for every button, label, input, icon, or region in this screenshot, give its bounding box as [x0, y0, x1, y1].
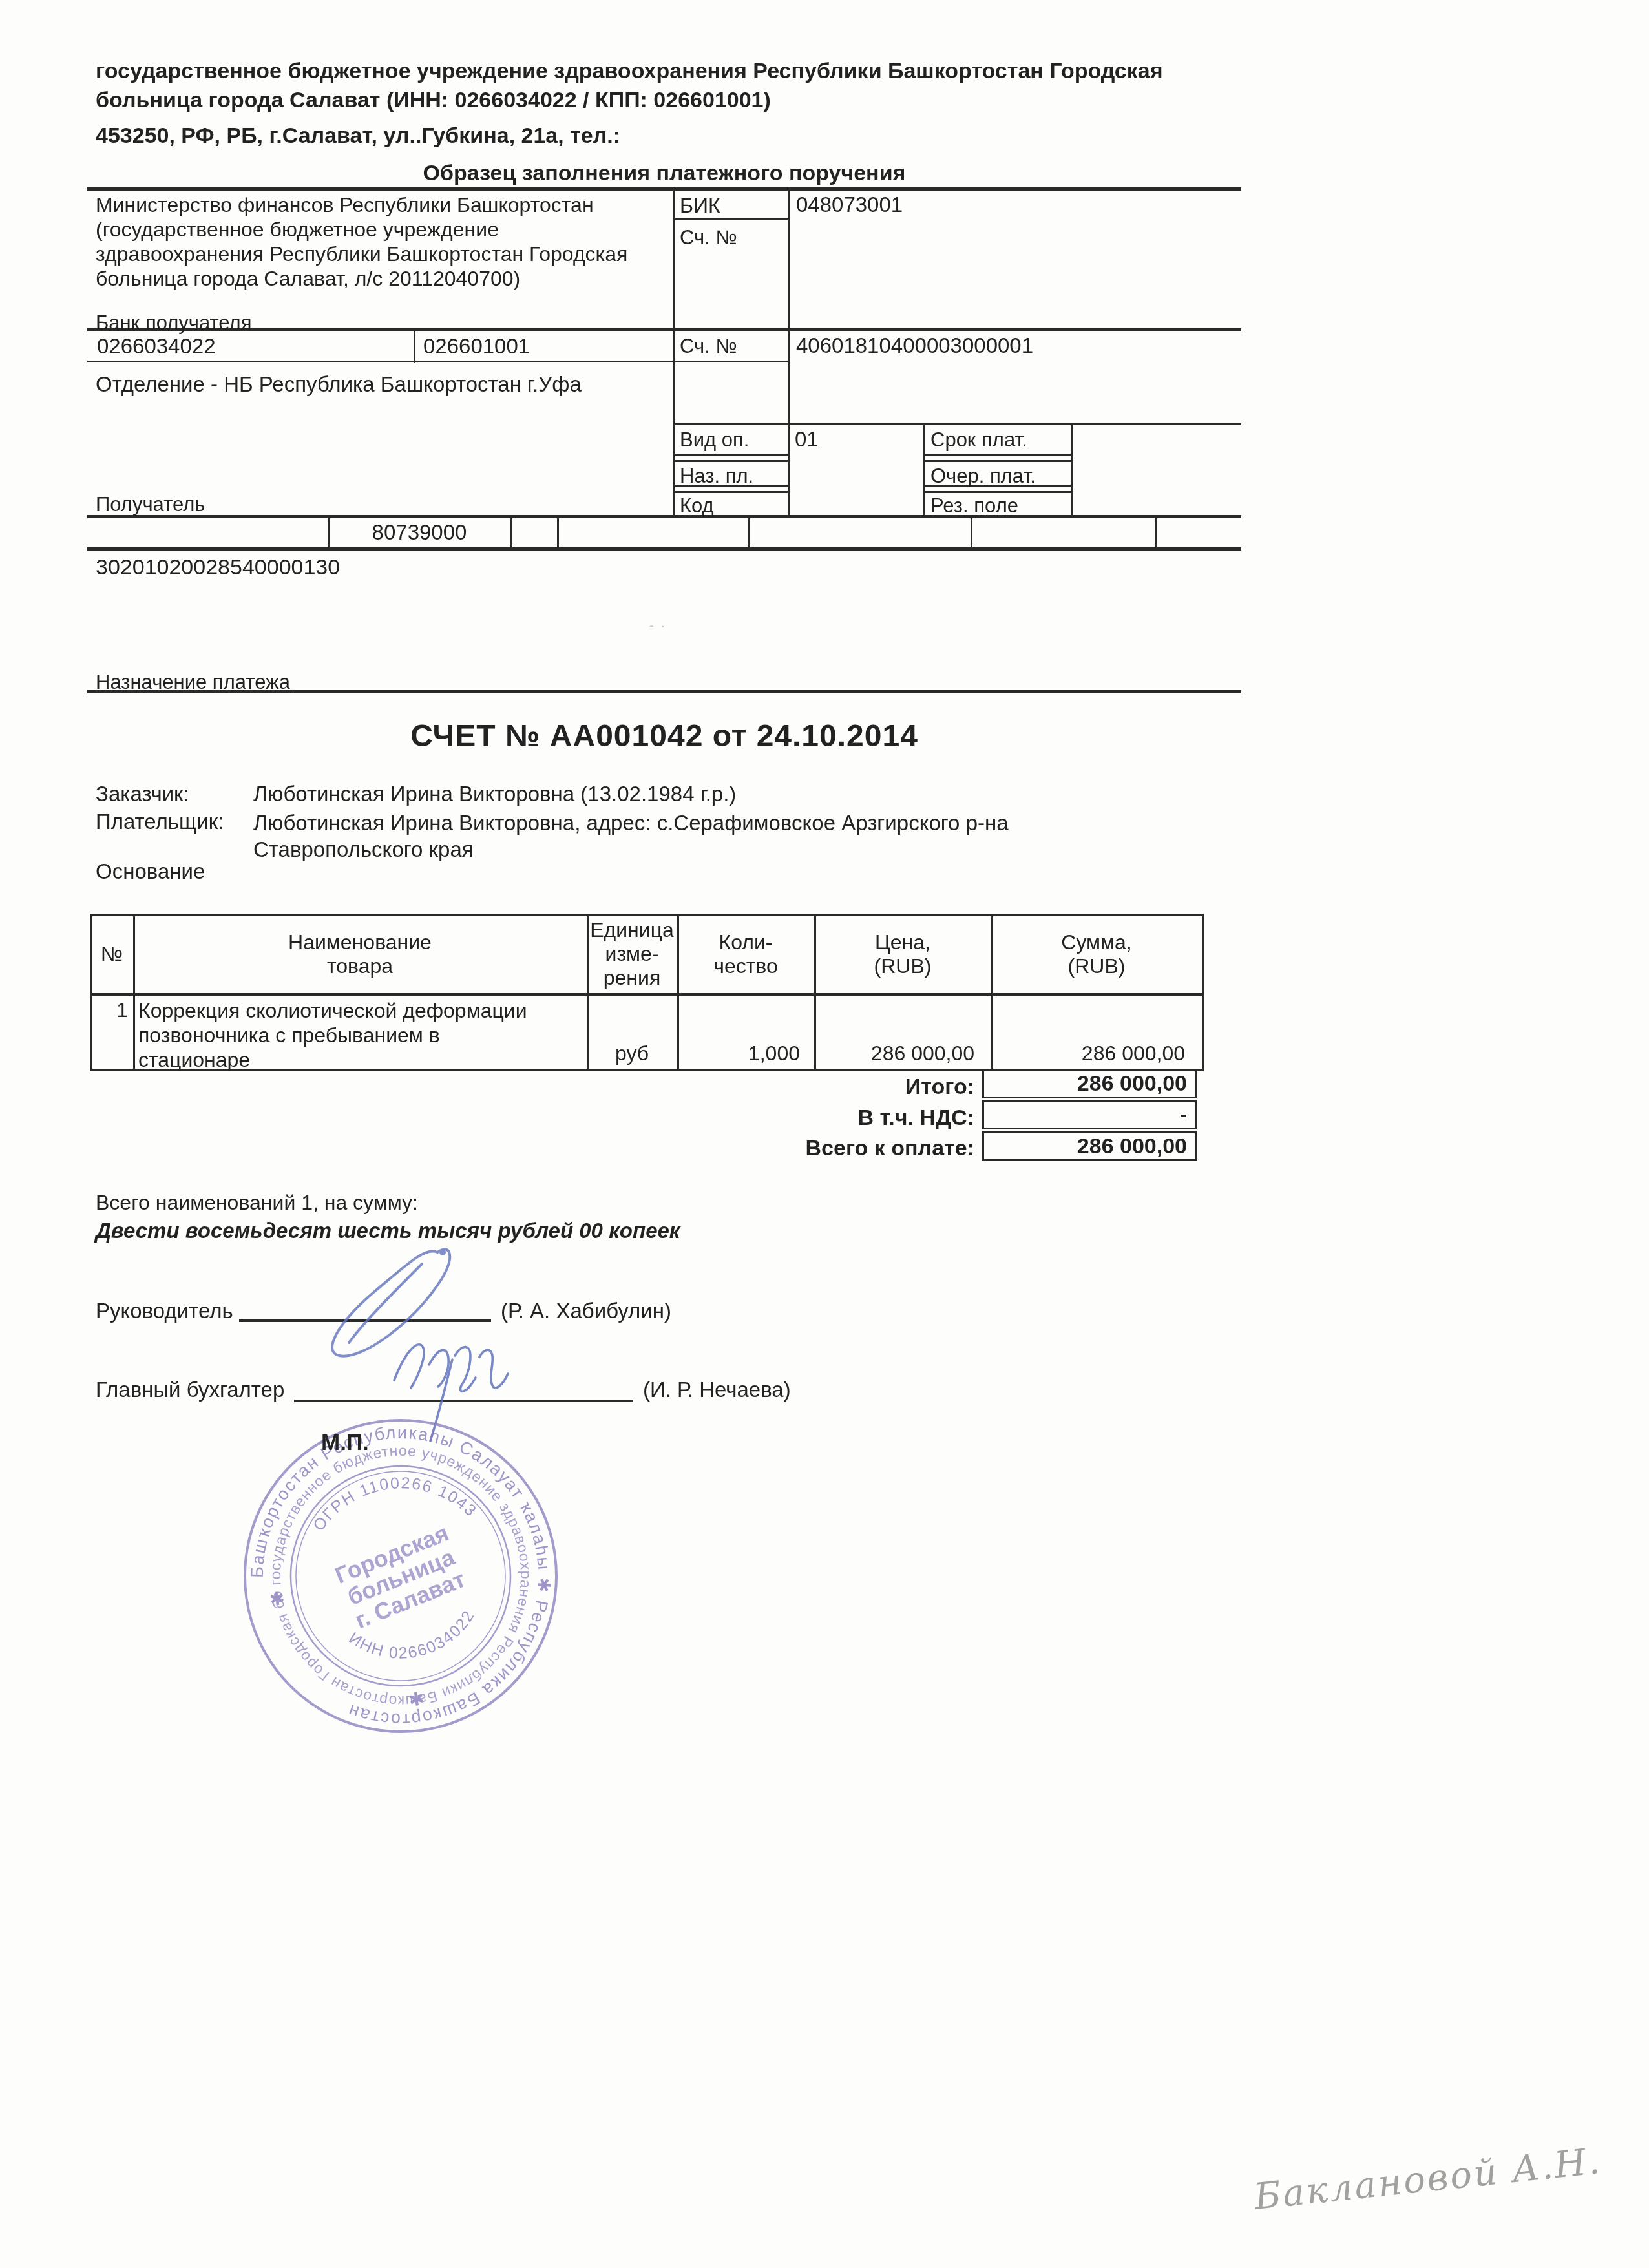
table-border	[788, 187, 790, 517]
accountant-name: (И. Р. Нечаева)	[643, 1378, 791, 1403]
table-border	[87, 515, 1241, 518]
corr-account-value: 30201020028540000130	[96, 554, 340, 580]
account1-label: Сч. №	[680, 226, 737, 250]
purpose-underline	[87, 690, 1241, 693]
scan-artifact: - ·	[649, 619, 665, 634]
account2-value: 40601810400003000001	[796, 333, 1033, 359]
due-label: Всего к оплате:	[646, 1135, 974, 1161]
col-header-price: Цена, (RUB)	[814, 930, 991, 978]
scanned-invoice-page: государственное бюджетное учреждение здр…	[0, 0, 1649, 2268]
table-border	[673, 460, 790, 462]
table-border	[673, 454, 790, 456]
invoice-title: СЧЕТ № АА001042 от 24.10.2014	[87, 719, 1241, 755]
recipient-bank-name: Министерство финансов Республики Башкорт…	[96, 193, 677, 291]
org-header: государственное бюджетное учреждение здр…	[96, 57, 1194, 115]
table-border-top	[87, 187, 1241, 191]
items-border	[90, 914, 92, 1071]
account2-label: Сч. №	[680, 335, 737, 359]
kpp-value: 026601001	[423, 334, 530, 359]
vat-value-box: -	[982, 1100, 1197, 1129]
customer-label: Заказчик:	[96, 782, 189, 807]
table-border-bottom	[87, 547, 1241, 551]
vid-op-label: Вид оп.	[680, 428, 749, 452]
bik-label: БИК	[680, 194, 720, 218]
table-border	[414, 328, 415, 363]
payer-label: Плательщик:	[96, 810, 224, 835]
item-row-unit: руб	[587, 1042, 677, 1066]
items-border	[1202, 914, 1204, 1071]
vat-label: В т.ч. НДС:	[646, 1105, 974, 1131]
stamp-star-icon: ✱	[408, 1688, 426, 1710]
items-border	[90, 914, 1204, 916]
org-address: 453250, РФ, РБ, г.Салават, ул..Губкина, …	[96, 123, 620, 149]
bik-value: 048073001	[796, 193, 903, 218]
col-header-qty: Коли- чество	[677, 930, 814, 978]
payment-sample-title: Образец заполнения платежного поручения	[87, 160, 1241, 186]
table-border	[971, 515, 972, 550]
stamp-star-icon: ✱	[268, 1588, 286, 1610]
table-border	[923, 460, 1073, 462]
bank-branch-line: Отделение - НБ Республика Башкортостан г…	[96, 372, 582, 397]
col-header-sum: Сумма, (RUB)	[991, 930, 1202, 978]
table-border	[923, 423, 925, 518]
okato-value: 80739000	[328, 520, 510, 545]
table-border	[673, 491, 790, 493]
accountant-label: Главный бухгалтер	[96, 1378, 284, 1403]
item-row-name: Коррекция сколиотической деформации позв…	[138, 998, 584, 1072]
item-row-price: 286 000,00	[814, 1042, 974, 1066]
col-header-name: Наименование товара	[133, 930, 587, 978]
kod-label: Код	[680, 494, 714, 518]
item-row-num: 1	[90, 998, 128, 1023]
items-count-line: Всего наименований 1, на сумму:	[96, 1191, 418, 1215]
col-header-unit: Единица изме- рения	[587, 918, 677, 990]
table-border	[748, 515, 750, 550]
table-border	[923, 491, 1073, 493]
rez-pole-label: Рез. поле	[930, 494, 1018, 518]
total-label: Итого:	[646, 1074, 974, 1100]
org-round-stamp: Башҡортостан Республикаһы Салауат ҡалаһы…	[218, 1394, 583, 1759]
ocher-plat-label: Очер. плат.	[930, 465, 1036, 488]
col-header-num: №	[90, 942, 133, 967]
table-border	[510, 515, 512, 550]
vid-op-value: 01	[795, 427, 819, 452]
table-border	[87, 328, 1241, 331]
vat-value: -	[1180, 1102, 1187, 1128]
inn-value: 0266034022	[97, 334, 216, 359]
payer-value: Люботинская Ирина Викторовна, адрес: с.С…	[253, 810, 1009, 863]
stamp-place-label: М.П.	[321, 1429, 369, 1456]
item-row-qty: 1,000	[677, 1042, 800, 1066]
naz-pl-label: Наз. пл.	[680, 465, 753, 488]
table-border	[87, 361, 790, 362]
total-value-box: 286 000,00	[982, 1069, 1197, 1098]
handwritten-note: Баклановой А.Н.	[1252, 2140, 1603, 2218]
total-value: 286 000,00	[1077, 1071, 1187, 1097]
basis-label: Основание	[96, 859, 205, 885]
recipient-bank-label: Банк получателя	[96, 311, 251, 335]
table-border	[673, 423, 1241, 425]
due-value-box: 286 000,00	[982, 1131, 1197, 1161]
recipient-label: Получатель	[96, 493, 205, 517]
director-label: Руководитель	[96, 1299, 233, 1324]
item-row-sum: 286 000,00	[991, 1042, 1185, 1066]
table-border	[1071, 423, 1073, 518]
table-border	[557, 515, 559, 550]
table-border	[1155, 515, 1157, 550]
customer-value: Люботинская Ирина Викторовна (13.02.1984…	[253, 782, 736, 807]
table-border	[923, 454, 1073, 456]
due-value: 286 000,00	[1077, 1134, 1187, 1159]
srok-plat-label: Срок плат.	[930, 428, 1027, 452]
items-border	[90, 993, 1204, 996]
